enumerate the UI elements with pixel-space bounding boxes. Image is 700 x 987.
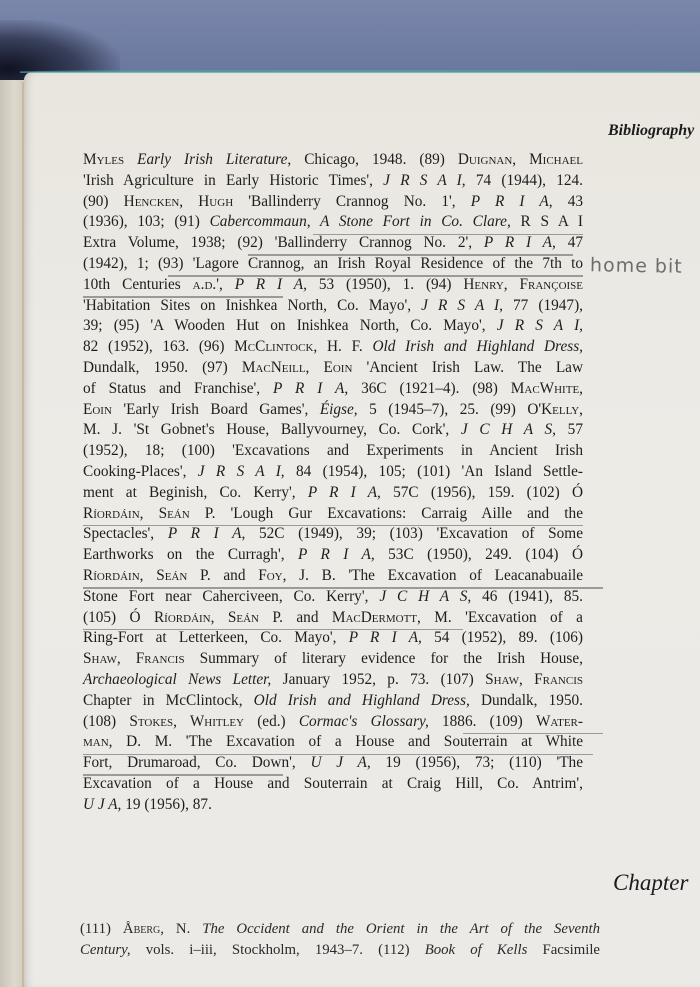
- text-line: Earthworks on the Curragh', P R I A, 53C…: [83, 545, 583, 566]
- text-line: Excavation of a House and Souterrain at …: [83, 774, 583, 795]
- running-head: Bibliography: [608, 122, 694, 140]
- text-line: (1936), 103; (91) Cabercommaun, A Stone …: [83, 212, 583, 233]
- page-gutter: [22, 82, 24, 987]
- text-line: 10th Centuries a.d.', P R I A, 53 (1950)…: [83, 275, 583, 296]
- text-line: (105) Ó Ríordáin, Seán P. and MacDermott…: [83, 608, 583, 629]
- bibliography-text: Myles Early Irish Literature, Chicago, 1…: [83, 150, 583, 816]
- text-line: (1942), 1; (93) 'Lagore Crannog, an Iris…: [83, 254, 583, 275]
- page-top-edge: [20, 70, 700, 73]
- text-line: Fort, Drumaroad, Co. Down', U J A, 19 (1…: [83, 753, 583, 774]
- text-line: Stone Fort near Caherciveen, Co. Kerry',…: [83, 587, 583, 608]
- text-line: Chapter in McClintock, Old Irish and Hig…: [83, 691, 583, 712]
- text-line: Myles Early Irish Literature, Chicago, 1…: [83, 150, 583, 171]
- text-line: ment at Beginish, Co. Kerry', P R I A, 5…: [83, 483, 583, 504]
- text-line: Dundalk, 1950. (97) MacNeill, Eoin 'Anci…: [83, 358, 583, 379]
- text-line: Archaeological News Letter, January 1952…: [83, 670, 583, 691]
- handwritten-note: home bit: [590, 254, 683, 278]
- text-line: (108) Stokes, Whitley (ed.) Cormac's Glo…: [83, 712, 583, 733]
- text-line: man, D. M. 'The Excavation of a House an…: [83, 732, 583, 753]
- text-line: 39; (95) 'A Wooden Hut on Inishkea North…: [83, 316, 583, 337]
- text-line: Eoin 'Early Irish Board Games', Éigse, 5…: [83, 400, 583, 421]
- text-line: M. J. 'St Gobnet's House, Ballyvourney, …: [83, 420, 583, 441]
- text-line: (90) Hencken, Hugh 'Ballinderry Crannog …: [83, 192, 583, 213]
- chapter-bibliography-text: (111) Åberg, N. The Occident and the Ori…: [80, 919, 600, 961]
- text-line: Spectacles', P R I A, 52C (1949), 39; (1…: [83, 524, 583, 545]
- text-line: Ring-Fort at Letterkeen, Co. Mayo', P R …: [83, 628, 583, 649]
- text-line: of Status and Franchise', P R I A, 36C (…: [83, 379, 583, 400]
- text-line: Century, vols. i–iii, Stockholm, 1943–7.…: [80, 940, 600, 961]
- text-line: Extra Volume, 1938; (92) 'Ballinderry Cr…: [83, 233, 583, 254]
- text-line: Ríordáin, Seán P. 'Lough Gur Excavations…: [83, 504, 583, 525]
- text-line: (111) Åberg, N. The Occident and the Ori…: [80, 919, 600, 940]
- text-line: Ríordáin, Seán P. and Foy, J. B. 'The Ex…: [83, 566, 583, 587]
- text-line: Cooking-Places', J R S A I, 84 (1954), 1…: [83, 462, 583, 483]
- text-line: 'Habitation Sites on Inishkea North, Co.…: [83, 296, 583, 317]
- text-line: U J A, 19 (1956), 87.: [83, 795, 583, 816]
- text-line: (1952), 18; (100) 'Excavations and Exper…: [83, 441, 583, 462]
- chapter-heading: Chapter: [613, 870, 688, 896]
- text-line: Shaw, Francis Summary of literary eviden…: [83, 649, 583, 670]
- text-line: 'Irish Agriculture in Early Historic Tim…: [83, 171, 583, 192]
- text-line: 82 (1952), 163. (96) McClintock, H. F. O…: [83, 337, 583, 358]
